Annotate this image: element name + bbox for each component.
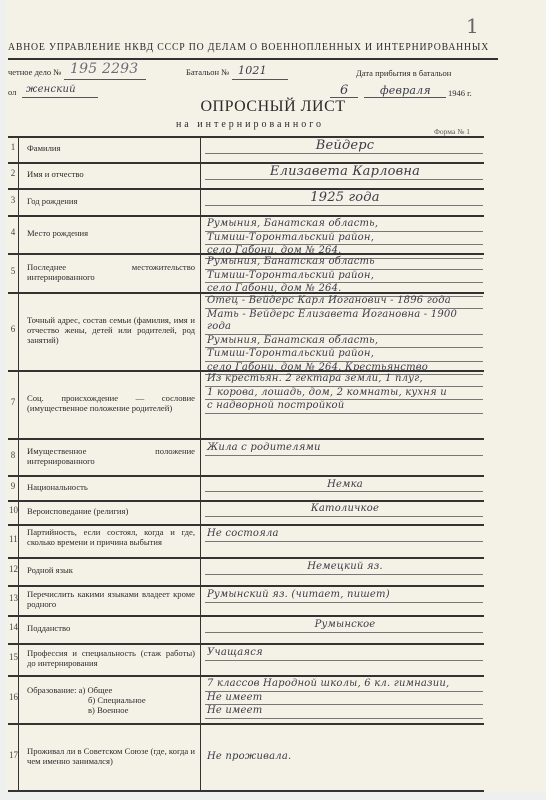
value-line: 7 классов Народной школы, 6 кл. гимназии… [205,678,483,692]
row-value: Учащаяся [205,647,483,661]
row-divider [8,500,484,502]
row-number: 6 [9,324,17,334]
case-underline [64,79,146,80]
row-value: Вейдерс [205,140,483,154]
row-label: Место рождения [27,228,195,238]
arrival-day: 6 [340,83,348,98]
row-label: Профессия и специальность (стаж работы) … [27,648,195,668]
row-label: Образование: а) Общееб) Специальноев) Во… [27,685,195,715]
arrival-month: февраля [380,84,431,97]
row-value: Немка [205,479,483,493]
table-bottom-border [8,790,484,792]
value-line: Вейдерс [205,140,483,154]
gender-value: женский [26,84,76,95]
value-line: Жила с родителями [205,442,483,456]
label-line: Образование: а) Общее [27,685,195,695]
value-column-divider [200,136,201,790]
row-number: 10 [9,505,17,515]
value-line: Не имеет [205,692,483,706]
value-line: Тимиш-Торонтальский район, [205,348,483,362]
row-number: 8 [9,450,17,460]
battalion-underline [232,79,288,80]
row-divider [8,643,484,645]
row-divider [8,557,484,559]
value-line: Католичкое [205,503,483,517]
row-label: Перечислить какими языками владеет кроме… [27,589,195,609]
row-divider [8,475,484,477]
row-divider [8,675,484,677]
value-line: Отец - Вейдерс Карл Иоганович - 1896 год… [205,295,483,309]
value-line: Тимиш-Торонтальский район, [205,270,483,284]
row-value: 1925 года [205,192,483,206]
value-line: Румынское [205,619,483,633]
case-number: 195 2293 [70,61,138,77]
gender-prefix: ол [8,87,16,97]
row-divider [8,723,484,725]
row-label: Точный адрес, состав семьи (фамилия, имя… [27,315,195,345]
ministry-header: АВНОЕ УПРАВЛЕНИЕ НКВД СССР ПО ДЕЛАМ О ВО… [8,42,489,53]
row-label: Родной язык [27,565,195,575]
battalion-number: 1021 [238,64,267,77]
row-label: Имя и отчество [27,169,195,179]
row-value: Жила с родителями [205,442,483,456]
value-line: Из крестьян. 2 гектара земли, 1 плуг, [205,373,483,387]
row-number: 16 [9,692,17,702]
arrival-year: 1946 г. [448,88,472,98]
row-divider [8,188,484,190]
row-divider [8,253,484,255]
row-value: Отец - Вейдерс Карл Иоганович - 1896 год… [205,295,483,375]
row-label: Подданство [27,623,195,633]
form-subtitle: на интернированного [0,119,500,130]
value-line: Румыния, Банатская область [205,256,483,270]
label-line: в) Военное [27,705,195,715]
row-value: 7 классов Народной школы, 6 кл. гимназии… [205,678,483,719]
page-number: 1 [466,14,479,38]
row-label: Партийность, если состоял, когда и где, … [27,527,195,547]
row-divider [8,524,484,526]
row-divider [8,292,484,294]
value-line: Учащаяся [205,647,483,661]
value-line: Не имеет [205,705,483,719]
row-number: 13 [9,593,17,603]
row-label: Последнее местожительство интернированно… [27,262,195,282]
row-number: 7 [9,397,17,407]
row-value: Не проживала. [205,751,483,764]
row-number: 15 [9,652,17,662]
row-divider [8,215,484,217]
number-column-divider [18,136,19,790]
row-label: Вероисповедание (религия) [27,506,195,516]
value-line: Немка [205,479,483,493]
arrival-label: Дата прибытия в батальон [356,68,451,78]
row-value: Из крестьян. 2 гектара земли, 1 плуг,1 к… [205,373,483,414]
row-number: 17 [9,750,17,760]
row-value: Румынское [205,619,483,633]
value-line: 1 корова, лошадь, дом, 2 комнаты, кухня … [205,387,483,401]
row-divider [8,585,484,587]
row-value: Румынский яз. (читает, пишет) [205,589,483,603]
value-line: Румыния, Банатская область, [205,335,483,349]
value-line: Не проживала. [205,751,483,764]
row-label: Год рождения [27,196,195,206]
row-label: Имущественное положение интернированного [27,446,195,466]
battalion-label: Батальон № [186,67,229,77]
value-line: Тимиш-Торонтальский район, [205,232,483,246]
row-label: Проживал ли в Советском Союзе (где, когд… [27,746,195,766]
row-number: 1 [9,142,17,152]
row-divider [8,162,484,164]
row-divider [8,370,484,372]
row-number: 11 [9,534,17,544]
row-value: Румыния, Банатская областьТимиш-Торонтал… [205,256,483,297]
value-line: Румыния, Банатская область, [205,218,483,232]
row-label: Фамилия [27,143,195,153]
row-label: Соц. происхождение — сословие (имуществе… [27,393,195,413]
value-line: Мать - Вейдерс Елизавета Иогановна - 190… [205,309,483,335]
header-rule [8,58,498,60]
value-line: Румынский яз. (читает, пишет) [205,589,483,603]
row-number: 12 [9,564,17,574]
value-line: с надворной постройкой [205,400,483,414]
row-number: 5 [9,266,17,276]
row-divider [8,136,484,138]
row-number: 3 [9,195,17,205]
form-title: ОПРОСНЫЙ ЛИСТ [0,98,546,116]
row-value: Католичкое [205,503,483,517]
value-line: Немецкий яз. [205,561,483,575]
row-number: 14 [9,622,17,632]
value-line: Елизавета Карловна [205,166,483,180]
row-label: Национальность [27,482,195,492]
value-line: 1925 года [205,192,483,206]
case-label: четное дело № [8,67,61,77]
row-value: Немецкий яз. [205,561,483,575]
row-number: 2 [9,168,17,178]
row-number: 4 [9,227,17,237]
form-number: Форма № 1 [434,127,470,136]
row-divider [8,438,484,440]
label-line: б) Специальное [27,695,195,705]
row-value: Не состояла [205,528,483,542]
value-line: Не состояла [205,528,483,542]
row-number: 9 [9,481,17,491]
row-value: Елизавета Карловна [205,166,483,180]
row-divider [8,615,484,617]
